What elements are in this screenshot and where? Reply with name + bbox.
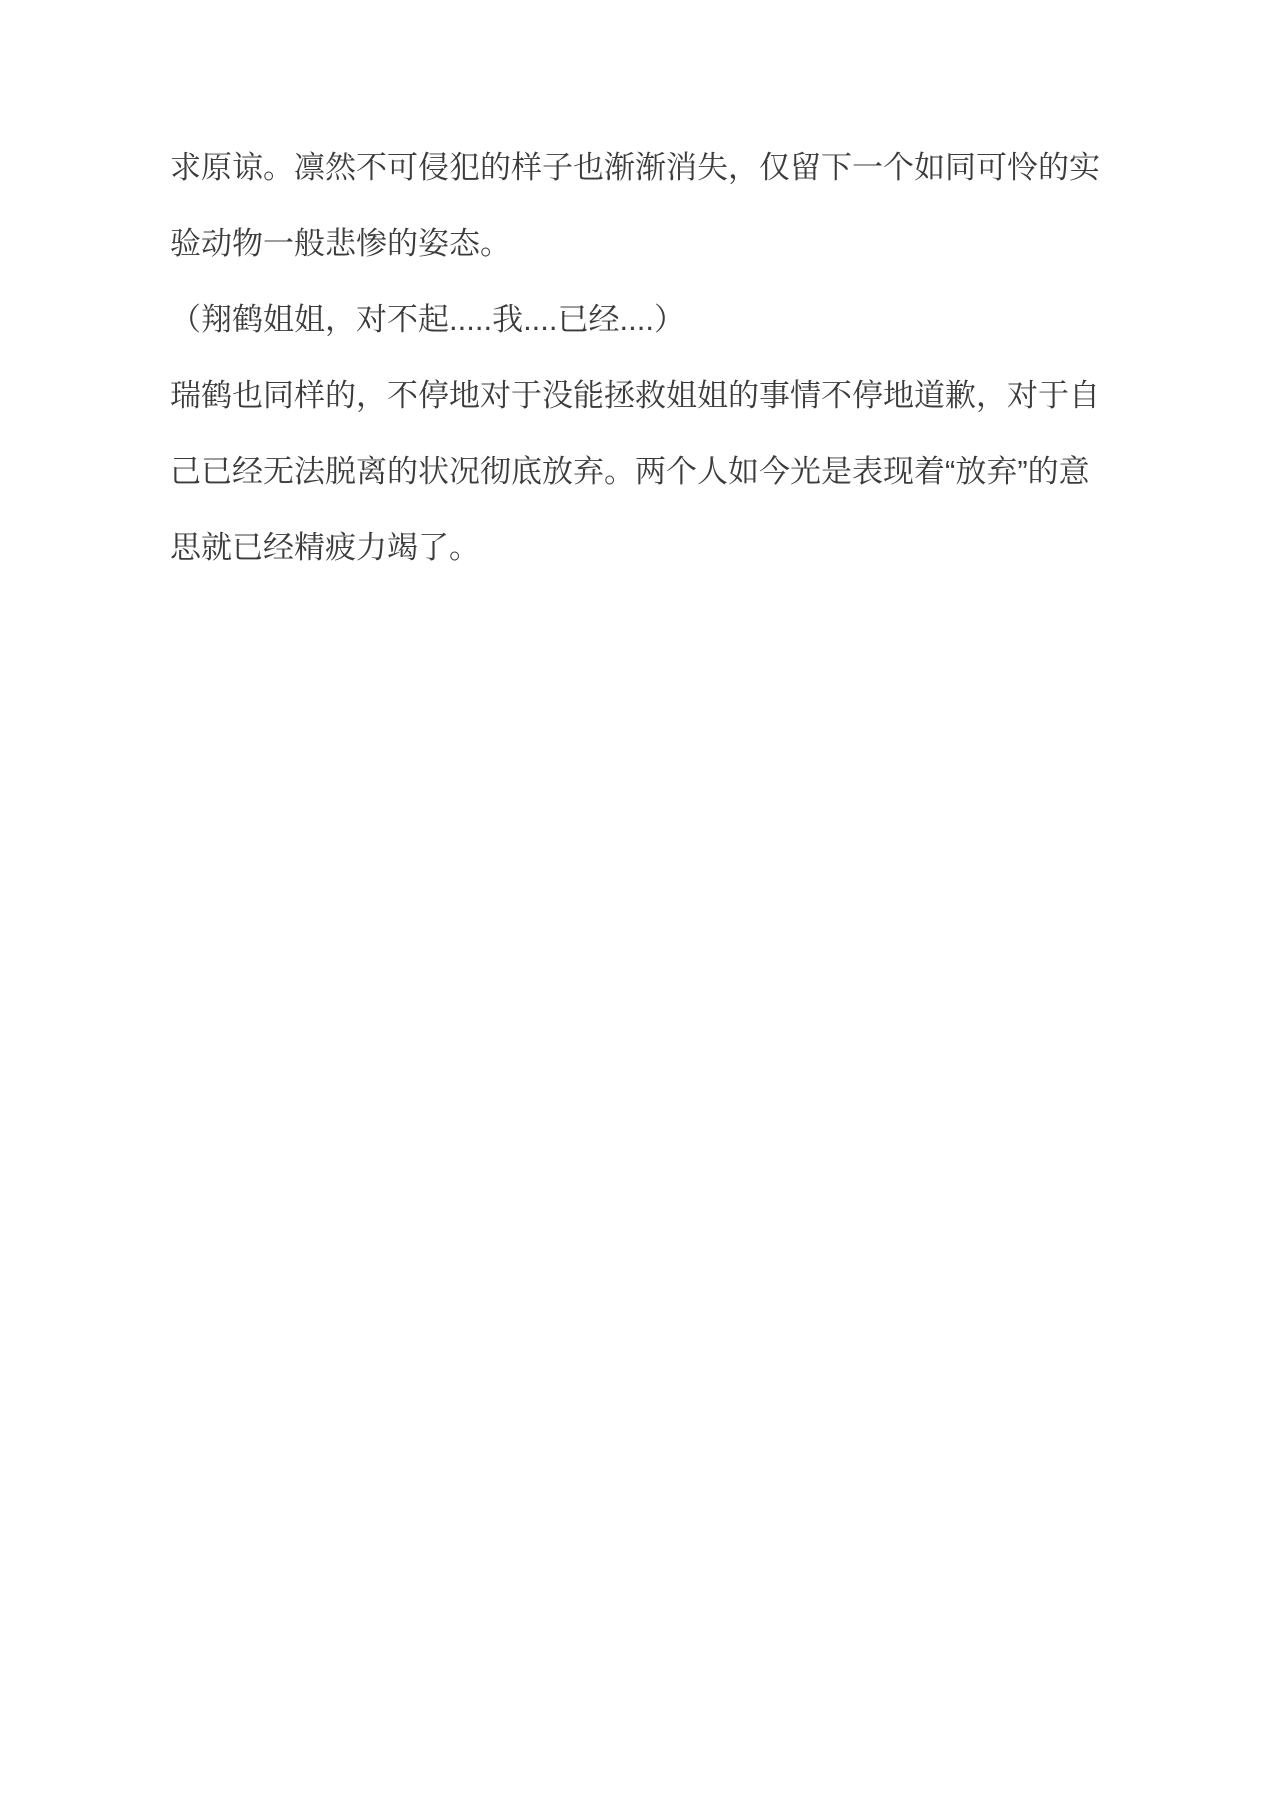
- text-line: 瑞鹤也同样的，不停地对于没能拯救姐姐的事情不停地道歉，对于自: [170, 358, 1105, 434]
- document-page: 求原谅。凛然不可侵犯的样子也渐渐消失，仅留下一个如同可怜的实 验动物一般悲惨的姿…: [0, 0, 1280, 1810]
- text-line: 思就已经精疲力竭了。: [170, 510, 1105, 586]
- text-block: 求原谅。凛然不可侵犯的样子也渐渐消失，仅留下一个如同可怜的实 验动物一般悲惨的姿…: [170, 130, 1105, 586]
- text-line: 求原谅。凛然不可侵犯的样子也渐渐消失，仅留下一个如同可怜的实: [170, 130, 1105, 206]
- text-line: 己已经无法脱离的状况彻底放弃。两个人如今光是表现着“放弃”的意: [170, 434, 1105, 510]
- text-line: （翔鹤姐姐，对不起.....我....已经....）: [170, 282, 1105, 358]
- text-line: 验动物一般悲惨的姿态。: [170, 206, 1105, 282]
